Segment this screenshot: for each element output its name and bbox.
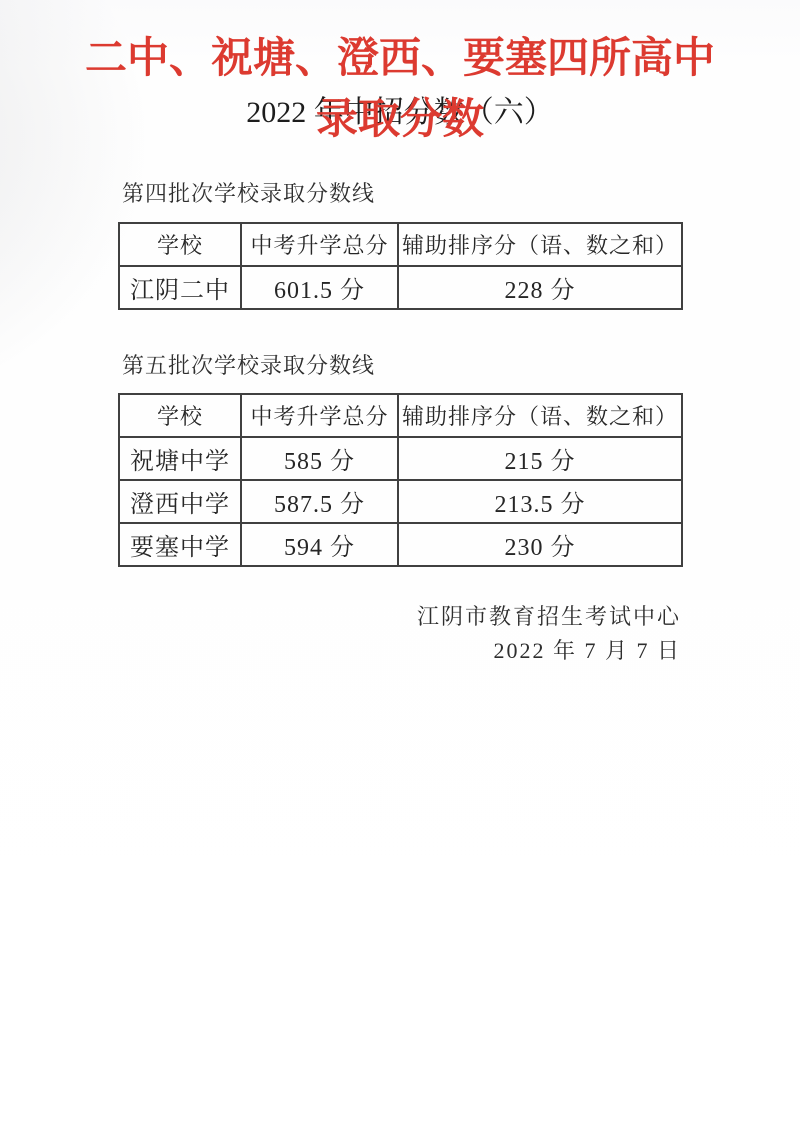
headline-admission-scores-overlay: 录取分数 bbox=[0, 97, 800, 141]
aux-score-cell: 215 分 bbox=[398, 437, 682, 480]
column-header: 学校 bbox=[119, 223, 241, 266]
table-header-row: 学校中考升学总分辅助排序分（语、数之和） bbox=[119, 394, 682, 437]
column-header: 辅助排序分（语、数之和） bbox=[398, 394, 682, 437]
issue-date: 2022 年 7 月 7 日 bbox=[417, 634, 681, 668]
table-row: 要塞中学594 分230 分 bbox=[119, 523, 682, 566]
issuer-name: 江阴市教育招生考试中心 bbox=[417, 600, 681, 634]
school-name-cell: 江阴二中 bbox=[119, 266, 241, 309]
section-heading-batch4: 第四批次学校录取分数线 bbox=[122, 177, 375, 208]
school-name-cell: 要塞中学 bbox=[119, 523, 241, 566]
section-heading-batch5: 第五批次学校录取分数线 bbox=[122, 349, 375, 380]
aux-score-cell: 228 分 bbox=[398, 266, 682, 309]
aux-score-cell: 213.5 分 bbox=[398, 480, 682, 523]
aux-score-cell: 230 分 bbox=[398, 523, 682, 566]
column-header: 学校 bbox=[119, 394, 241, 437]
table-row: 祝塘中学585 分215 分 bbox=[119, 437, 682, 480]
school-name-cell: 澄西中学 bbox=[119, 480, 241, 523]
total-score-cell: 594 分 bbox=[241, 523, 398, 566]
total-score-cell: 601.5 分 bbox=[241, 266, 398, 309]
total-score-cell: 587.5 分 bbox=[241, 480, 398, 523]
school-name-cell: 祝塘中学 bbox=[119, 437, 241, 480]
score-table-batch5: 学校中考升学总分辅助排序分（语、数之和）祝塘中学585 分215 分澄西中学58… bbox=[118, 393, 683, 567]
scanned-notice-page: 二中、祝塘、澄西、要塞四所高中 2022 年中招分数（六） 录取分数 第四批次学… bbox=[0, 0, 800, 1131]
column-header: 辅助排序分（语、数之和） bbox=[398, 223, 682, 266]
document-footer: 江阴市教育招生考试中心 2022 年 7 月 7 日 bbox=[417, 600, 681, 668]
table-row: 江阴二中601.5 分228 分 bbox=[119, 266, 682, 309]
column-header: 中考升学总分 bbox=[241, 394, 398, 437]
headline-schools: 二中、祝塘、澄西、要塞四所高中 bbox=[0, 36, 800, 80]
column-header: 中考升学总分 bbox=[241, 223, 398, 266]
table-row: 澄西中学587.5 分213.5 分 bbox=[119, 480, 682, 523]
score-table-batch4: 学校中考升学总分辅助排序分（语、数之和）江阴二中601.5 分228 分 bbox=[118, 222, 683, 310]
total-score-cell: 585 分 bbox=[241, 437, 398, 480]
table-header-row: 学校中考升学总分辅助排序分（语、数之和） bbox=[119, 223, 682, 266]
